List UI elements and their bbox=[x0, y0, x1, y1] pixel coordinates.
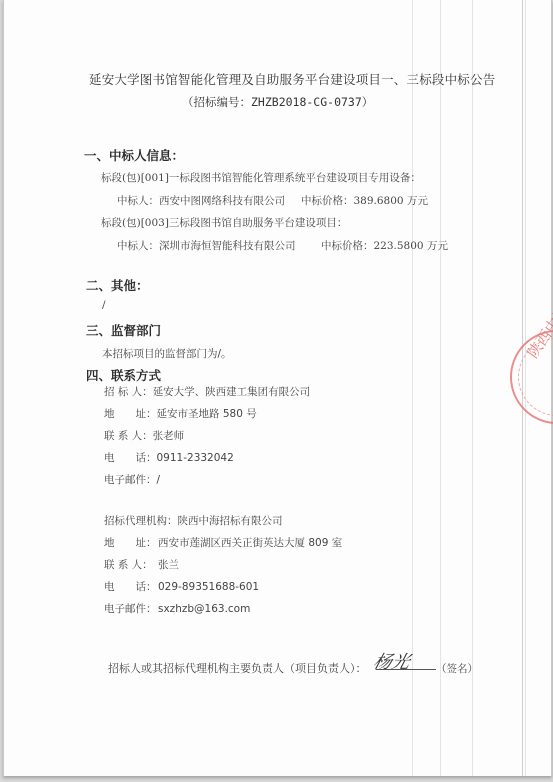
price-value: 389.6800 万元 bbox=[354, 195, 428, 207]
tenderer-phone-row: 电 话：0911-2332042 bbox=[104, 450, 234, 465]
field-value: 延安大学、陕西建工集团有限公司 bbox=[153, 386, 311, 398]
field-value: 西安市莲湖区西关正街英达大厦 809 室 bbox=[158, 537, 342, 549]
signature-underline bbox=[376, 669, 436, 670]
agency-contact-row: 联 系 人：张兰 bbox=[104, 557, 179, 572]
winner-label: 中标人： bbox=[117, 195, 159, 207]
price-row-2: 中标价格：223.5800 万元 bbox=[321, 238, 448, 253]
field-label: 地 址： bbox=[104, 535, 158, 550]
scan-line bbox=[472, 0, 473, 776]
section-heading-contact: 四、联系方式 bbox=[86, 366, 161, 384]
scan-line bbox=[412, 0, 413, 776]
tenderer-email-row: 电子邮件：/ bbox=[104, 472, 160, 487]
agency-email-row: 电子邮件：sxzhzb@163.com bbox=[104, 601, 250, 616]
supervision-content: 本招标项目的监督部门为/。 bbox=[102, 346, 232, 361]
lot-line-2: 标段(包)[003]三标段图书馆自助服务平台建设项目： bbox=[101, 215, 347, 230]
field-value: 张老师 bbox=[153, 430, 185, 442]
agency-phone-row: 电 话：029-89351688-601 bbox=[104, 579, 259, 594]
field-label: 电子邮件： bbox=[104, 601, 158, 616]
winner-name: 西安中图网络科技有限公司 bbox=[159, 195, 285, 207]
price-label: 中标价格： bbox=[301, 195, 354, 207]
tenderer-address-row: 地 址：延安市圣地路 580 号 bbox=[104, 406, 257, 421]
tenderer-row: 招 标 人：延安大学、陕西建工集团有限公司 bbox=[104, 384, 310, 399]
field-label: 地 址： bbox=[104, 406, 157, 421]
other-content: / bbox=[102, 299, 106, 311]
winner-label: 中标人： bbox=[117, 240, 159, 252]
field-label: 电 话： bbox=[104, 450, 157, 465]
field-label: 电子邮件： bbox=[104, 472, 157, 487]
section-heading-winners: 一、中标人信息： bbox=[84, 146, 184, 164]
field-value: 029-89351688-601 bbox=[158, 581, 259, 593]
section-heading-supervision: 三、监督部门 bbox=[86, 321, 161, 339]
winner-name: 深圳市海恒智能科技有限公司 bbox=[159, 240, 296, 252]
winner-row-2: 中标人：深圳市海恒智能科技有限公司 bbox=[117, 238, 296, 253]
price-value: 223.5800 万元 bbox=[374, 240, 448, 252]
agency-row: 招标代理机构：陕西中海招标有限公司 bbox=[104, 513, 283, 528]
signature-statement: 招标人或其招标代理机构主要负责人（项目负责人）： bbox=[108, 660, 367, 676]
field-value: 0911-2332042 bbox=[157, 452, 234, 464]
field-value: 延安市圣地路 580 号 bbox=[157, 408, 257, 420]
field-label: 招标代理机构： bbox=[104, 513, 178, 528]
document-page: 延安大学图书馆智能化管理及自助服务平台建设项目一、三标段中标公告 （招标编号：Z… bbox=[3, 0, 552, 776]
lot-line-1: 标段(包)[001]一标段图书馆智能化管理系统平台建设项目专用设备： bbox=[101, 170, 421, 185]
field-value: 张兰 bbox=[158, 559, 179, 571]
section-heading-other: 二、其他： bbox=[86, 276, 149, 294]
document-title: 延安大学图书馆智能化管理及自助服务平台建设项目一、三标段中标公告 bbox=[89, 70, 495, 88]
field-label: 联 系 人： bbox=[104, 557, 158, 572]
field-value: / bbox=[157, 474, 161, 486]
signature-suffix: （签名） bbox=[436, 661, 478, 676]
winner-row-1: 中标人：西安中图网络科技有限公司 bbox=[117, 193, 285, 208]
field-label: 招 标 人： bbox=[104, 384, 153, 399]
tenderer-contact-row: 联 系 人：张老师 bbox=[104, 428, 184, 443]
field-value: 陕西中海招标有限公司 bbox=[178, 515, 283, 527]
price-label: 中标价格： bbox=[321, 240, 374, 252]
document-subtitle: （招标编号：ZHZB2018-CG-0737） bbox=[182, 94, 373, 110]
field-label: 联 系 人： bbox=[104, 428, 153, 443]
price-row-1: 中标价格：389.6800 万元 bbox=[301, 193, 428, 208]
handwritten-signature: 杨光 bbox=[371, 648, 414, 674]
field-label: 电 话： bbox=[104, 579, 158, 594]
scan-line bbox=[440, 0, 441, 776]
field-value: sxzhzb@163.com bbox=[158, 603, 250, 615]
agency-address-row: 地 址：西安市莲湖区西关正街英达大厦 809 室 bbox=[104, 535, 342, 550]
